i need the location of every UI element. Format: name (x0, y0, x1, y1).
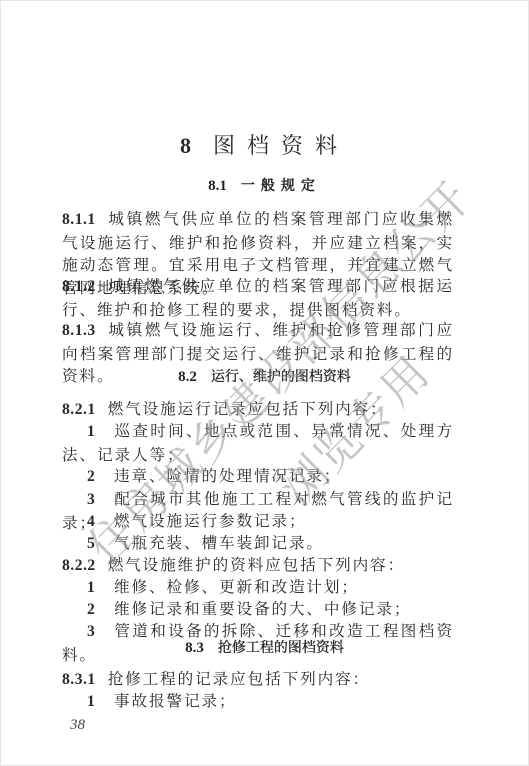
page-number: 38 (70, 717, 85, 734)
clause-text: 城镇燃气供应单位的档案管理部门应根据运行、维护和抢修工程的要求，提供图档资料。 (62, 277, 454, 319)
section-heading-8-1: 8.1一般规定 (1, 176, 528, 196)
clause-number: 8.2.1 (62, 401, 96, 418)
section-title: 抢修工程的图档资料 (218, 640, 344, 656)
item-number: 4 (62, 511, 114, 534)
section-number: 8.3 (185, 640, 204, 656)
clause-8-1-2: 8.1.2城镇燃气供应单位的档案管理部门应根据运行、维护和抢修工程的要求，提供图… (62, 275, 454, 321)
list-item-8-2-1-5: 5气瓶充装、槽车装卸记录。 (62, 532, 454, 556)
item-number: 2 (62, 599, 114, 622)
item-text: 维修记录和重要设备的大、中修记录； (114, 600, 411, 618)
list-item-8-2-1-1: 1巡查时间、地点或范围、异常情况、处理方法、记录人等； (62, 420, 454, 466)
clause-number: 8.1.1 (62, 211, 96, 228)
section-title: 运行、维护的图档资料 (211, 369, 351, 385)
item-number: 5 (62, 533, 114, 556)
clause-8-2-1: 8.2.1燃气设施运行记录应包括下列内容： (62, 398, 454, 422)
list-item-8-2-1-2: 2违章、险情的处理情况记录； (62, 465, 454, 489)
chapter-title-text: 图档资料 (213, 134, 349, 159)
document-page: 8图档资料 8.1一般规定 8.1.1城镇燃气供应单位的档案管理部门应收集燃气设… (0, 0, 529, 766)
item-text: 维修、检修、更新和改造计划； (114, 578, 359, 596)
section-title: 一般规定 (241, 178, 321, 194)
section-number: 8.1 (208, 178, 227, 194)
item-number: 2 (62, 466, 114, 489)
section-number: 8.2 (178, 369, 197, 385)
clause-8-3-1: 8.3.1抢修工程的记录应包括下列内容： (62, 668, 454, 692)
clause-text: 燃气设施运行记录应包括下列内容： (108, 400, 388, 418)
item-text: 违章、险情的处理情况记录； (114, 467, 341, 485)
list-item-8-2-2-2: 2维修记录和重要设备的大、中修记录； (62, 598, 454, 622)
chapter-title: 8图档资料 (1, 132, 528, 161)
section-heading-8-3: 8.3抢修工程的图档资料 (1, 638, 528, 658)
chapter-number: 8 (180, 133, 191, 158)
section-heading-8-2: 8.2运行、维护的图档资料 (1, 367, 528, 387)
clause-number: 8.2.2 (62, 557, 96, 574)
list-item-8-3-1-1: 1事故报警记录； (62, 690, 454, 714)
item-number: 1 (62, 421, 114, 444)
list-item-8-2-1-4: 4燃气设施运行参数记录； (62, 510, 454, 534)
clause-number: 8.3.1 (62, 671, 96, 688)
item-text: 巡查时间、地点或范围、异常情况、处理方法、记录人等； (62, 422, 454, 464)
item-number: 1 (62, 577, 114, 600)
item-text: 气瓶充装、槽车装卸记录。 (114, 534, 324, 552)
item-number: 3 (62, 489, 114, 512)
item-number: 1 (62, 691, 114, 714)
clause-number: 8.1.3 (62, 322, 96, 339)
item-text: 事故报警记录； (114, 692, 236, 710)
clause-number: 8.1.2 (62, 278, 96, 295)
clause-text: 燃气设施维护的资料应包括下列内容： (108, 556, 405, 574)
item-text: 燃气设施运行参数记录； (114, 512, 306, 530)
clause-8-2-2: 8.2.2燃气设施维护的资料应包括下列内容： (62, 554, 454, 578)
list-item-8-2-2-1: 1维修、检修、更新和改造计划； (62, 576, 454, 600)
clause-text: 抢修工程的记录应包括下列内容： (108, 670, 370, 688)
